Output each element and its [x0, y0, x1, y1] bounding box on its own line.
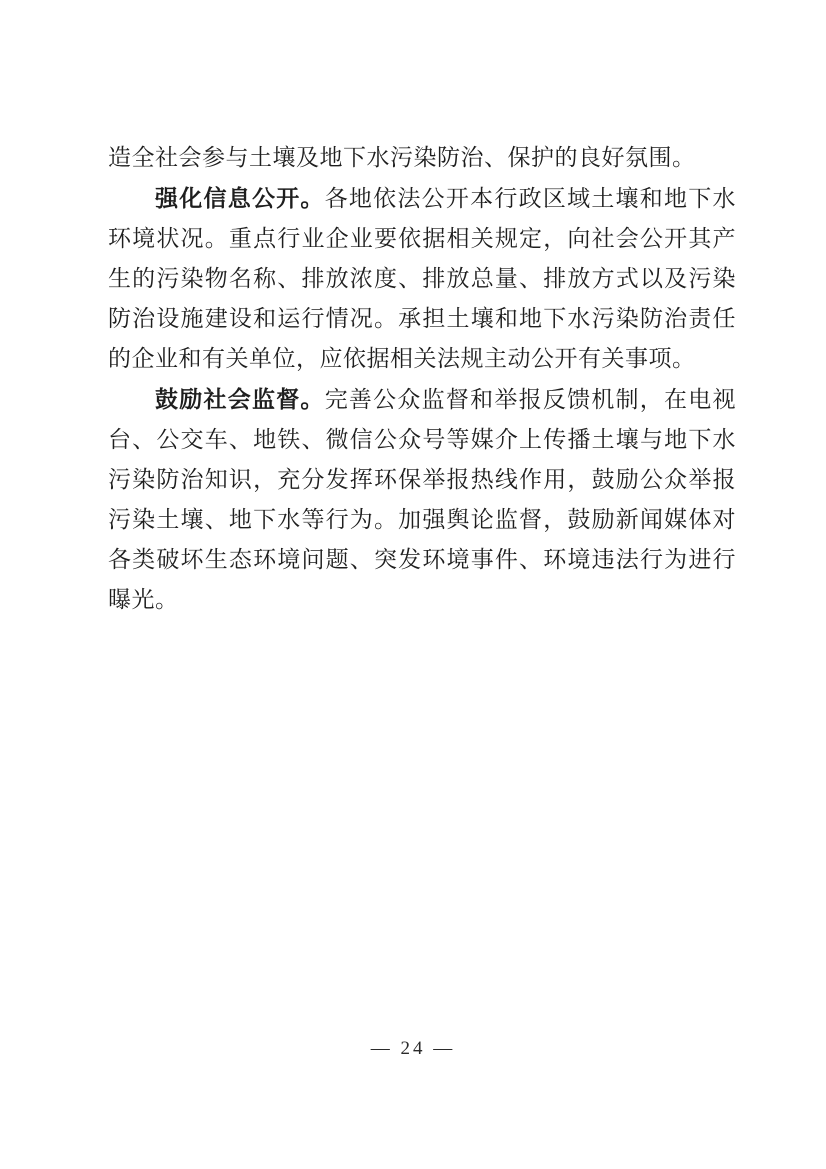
paragraph-lead: 强化信息公开。: [155, 185, 325, 211]
paragraph-social-supervision: 鼓励社会监督。完善公众监督和举报反馈机制，在电视台、公交车、地铁、微信公众号等媒…: [108, 379, 736, 620]
paragraph-continuation: 造全社会参与土壤及地下水污染防治、保护的良好氛围。: [108, 138, 736, 178]
document-page: 造全社会参与土壤及地下水污染防治、保护的良好氛围。 强化信息公开。各地依法公开本…: [0, 0, 826, 1169]
paragraph-info-disclosure: 强化信息公开。各地依法公开本行政区域土壤和地下水环境状况。重点行业企业要依据相关…: [108, 178, 736, 379]
paragraph-text: 完善公众监督和举报反馈机制，在电视台、公交车、地铁、微信公众号等媒介上传播土壤与…: [108, 387, 736, 612]
page-number: — 24 —: [0, 1037, 826, 1061]
paragraph-text: 各地依法公开本行政区域土壤和地下水环境状况。重点行业企业要依据相关规定，向社会公…: [108, 186, 736, 371]
document-content: 造全社会参与土壤及地下水污染防治、保护的良好氛围。 强化信息公开。各地依法公开本…: [108, 138, 736, 620]
paragraph-text: 造全社会参与土壤及地下水污染防治、保护的良好氛围。: [108, 145, 696, 170]
paragraph-lead: 鼓励社会监督。: [155, 386, 325, 412]
